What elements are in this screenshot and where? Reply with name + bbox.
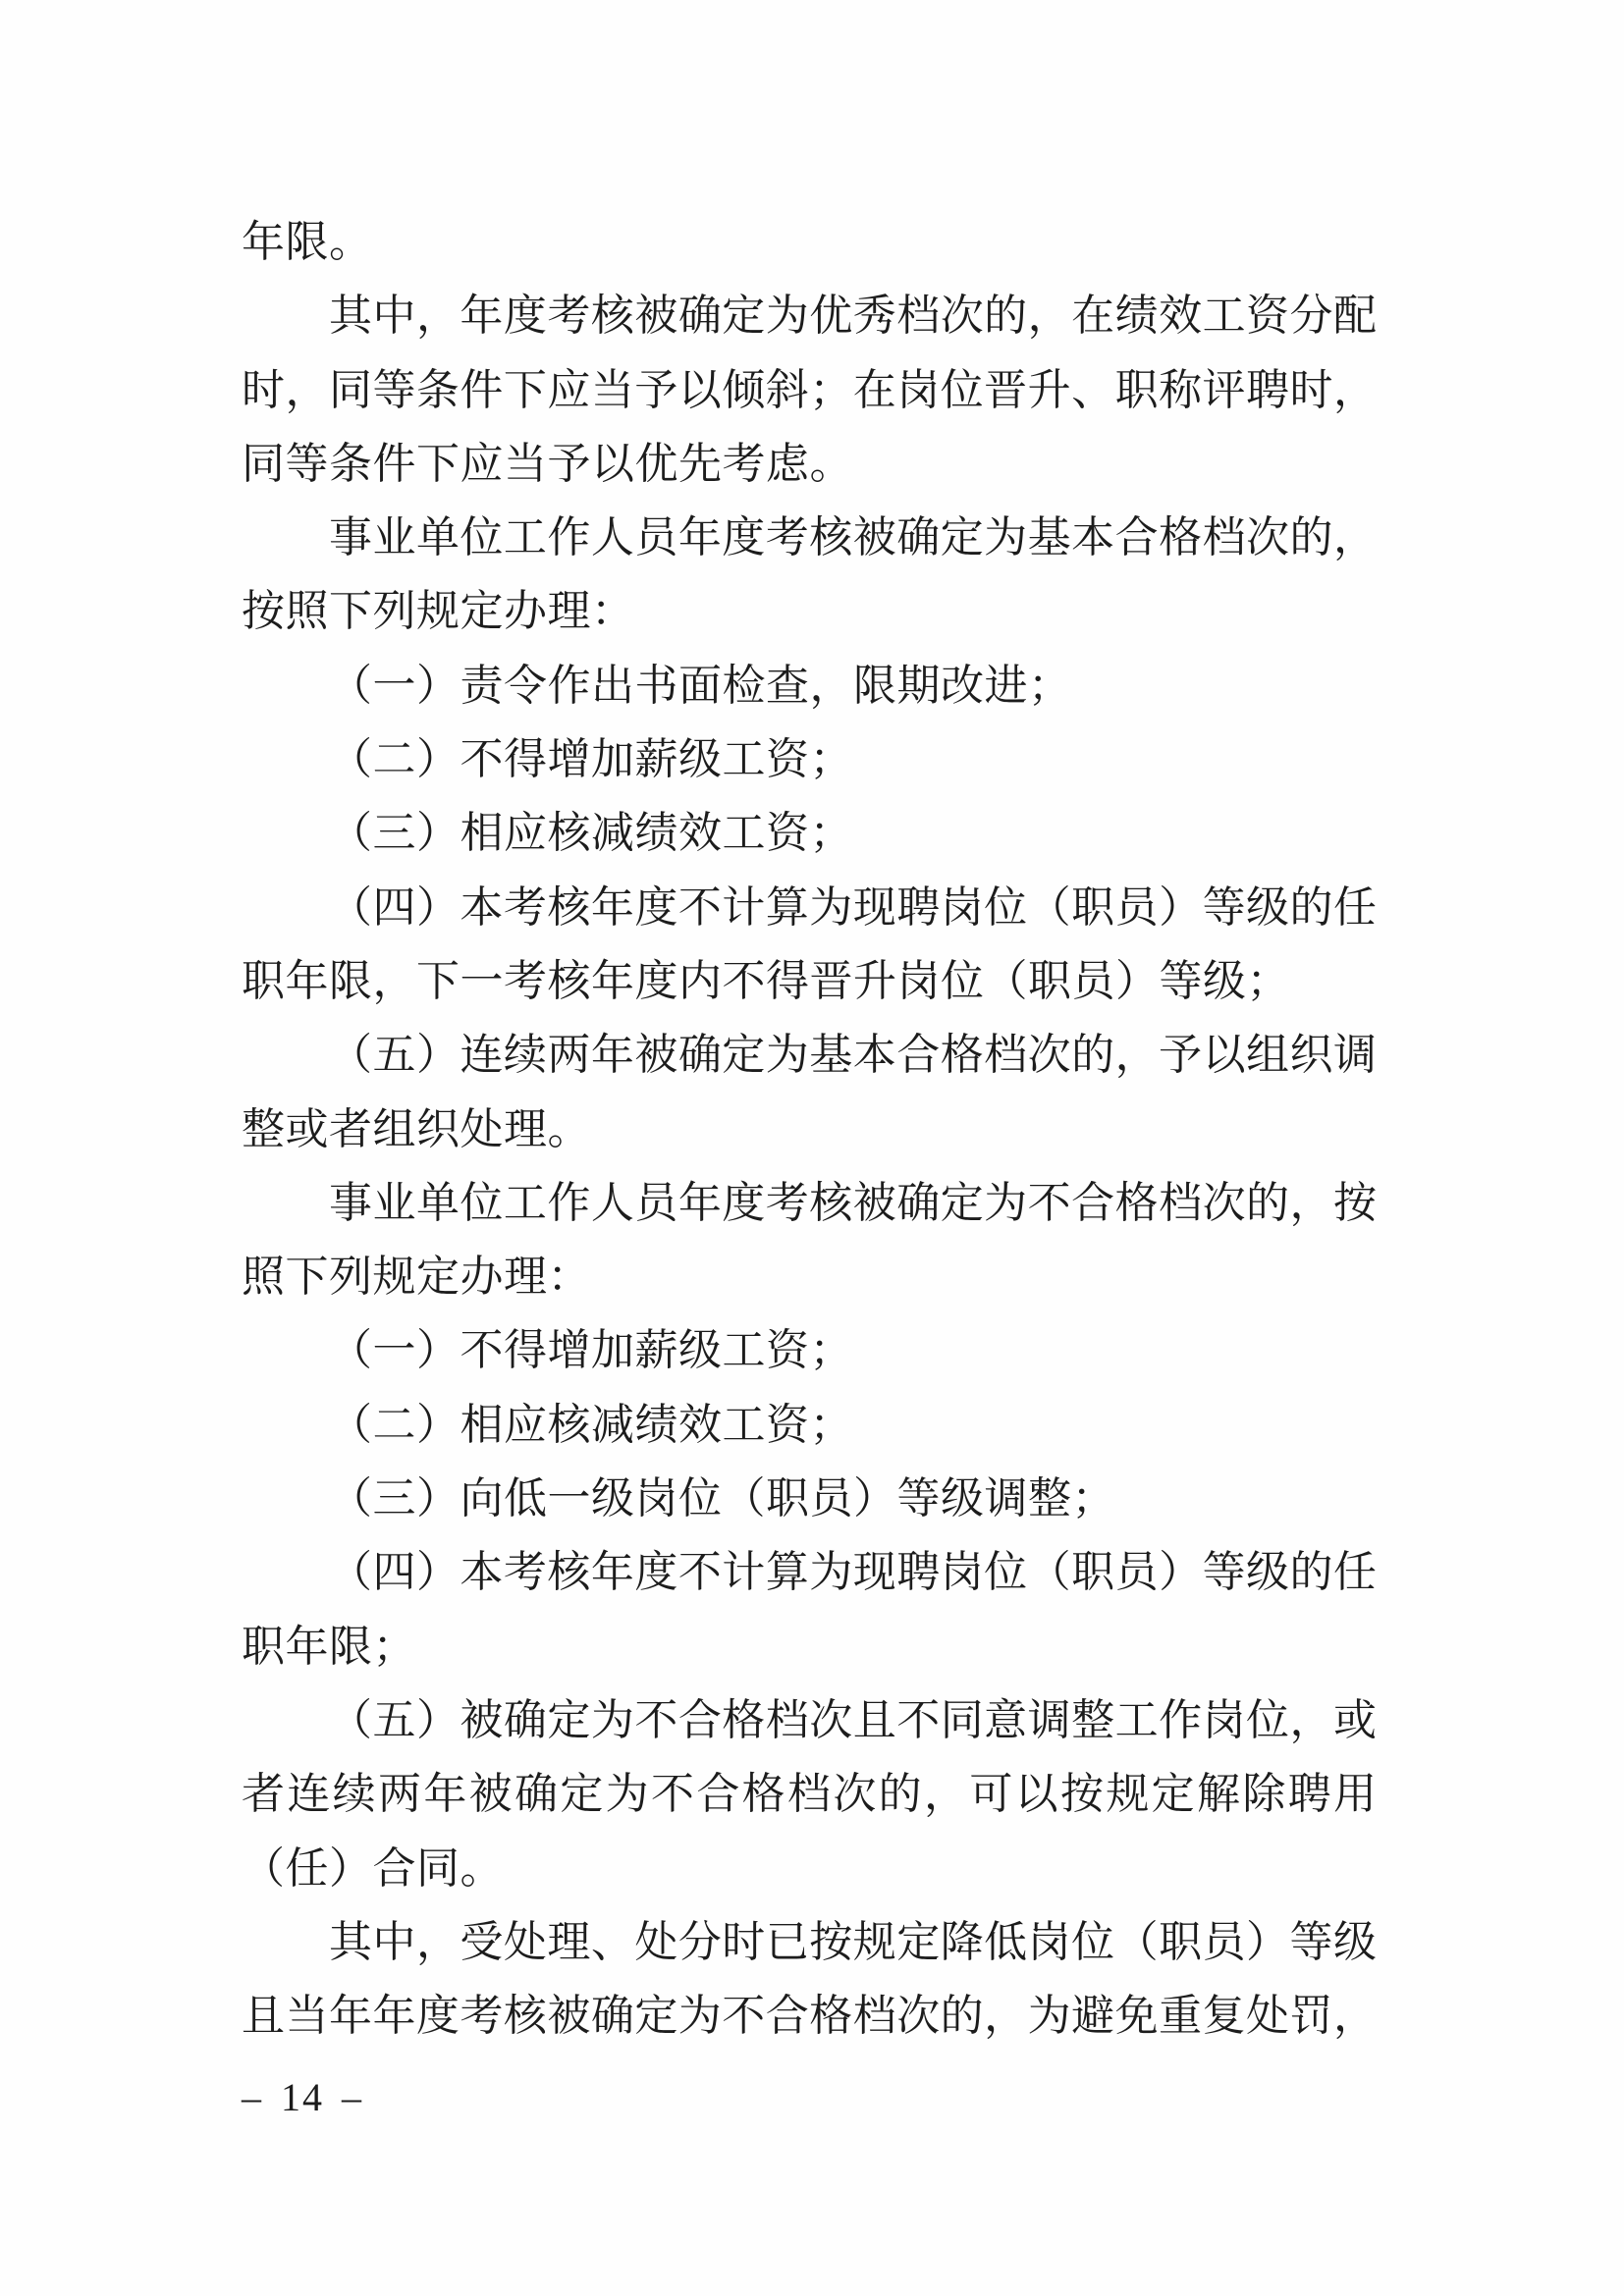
text-line: （任）合同。 — [242, 1832, 1377, 1905]
text-line: 职年限，下一考核年度内不得晋升岗位（职员）等级； — [242, 944, 1377, 1018]
text-line: （四）本考核年度不计算为现聘岗位（职员）等级的任 — [242, 1535, 1377, 1609]
text-line: 且当年年度考核被确定为不合格档次的，为避免重复处罚， — [242, 1979, 1377, 2053]
text-line: 者连续两年被确定为不合格档次的，可以按规定解除聘用 — [242, 1757, 1377, 1831]
text-line: 其中，年度考核被确定为优秀档次的，在绩效工资分配 — [242, 279, 1377, 352]
text-line: 时，同等条件下应当予以倾斜；在岗位晋升、职称评聘时， — [242, 353, 1377, 427]
text-line: （三）向低一级岗位（职员）等级调整； — [242, 1462, 1377, 1535]
text-line: 事业单位工作人员年度考核被确定为不合格档次的，按 — [242, 1166, 1377, 1240]
text-line: （五）连续两年被确定为基本合格档次的，予以组织调 — [242, 1018, 1377, 1092]
text-line: 整或者组织处理。 — [242, 1093, 1377, 1166]
text-line: 职年限； — [242, 1610, 1377, 1683]
text-line: （二）相应核减绩效工资； — [242, 1388, 1377, 1462]
document-page: 年限。 其中，年度考核被确定为优秀档次的，在绩效工资分配 时，同等条件下应当予以… — [0, 0, 1624, 2296]
text-line: （五）被确定为不合格档次且不同意调整工作岗位，或 — [242, 1683, 1377, 1757]
text-line: 事业单位工作人员年度考核被确定为基本合格档次的， — [242, 501, 1377, 574]
text-line: （三）相应核减绩效工资； — [242, 796, 1377, 870]
text-line: （一）不得增加薪级工资； — [242, 1313, 1377, 1387]
text-line: 按照下列规定办理： — [242, 574, 1377, 648]
text-line: 同等条件下应当予以优先考虑。 — [242, 427, 1377, 501]
page-number: – 14 – — [242, 2073, 363, 2122]
text-line: 年限。 — [242, 205, 1377, 279]
document-body: 年限。 其中，年度考核被确定为优秀档次的，在绩效工资分配 时，同等条件下应当予以… — [242, 205, 1377, 2053]
text-line: 照下列规定办理： — [242, 1240, 1377, 1313]
text-line: （一）责令作出书面检查，限期改进； — [242, 649, 1377, 722]
text-line: 其中，受处理、处分时已按规定降低岗位（职员）等级 — [242, 1905, 1377, 1979]
text-line: （二）不得增加薪级工资； — [242, 722, 1377, 796]
text-line: （四）本考核年度不计算为现聘岗位（职员）等级的任 — [242, 871, 1377, 944]
